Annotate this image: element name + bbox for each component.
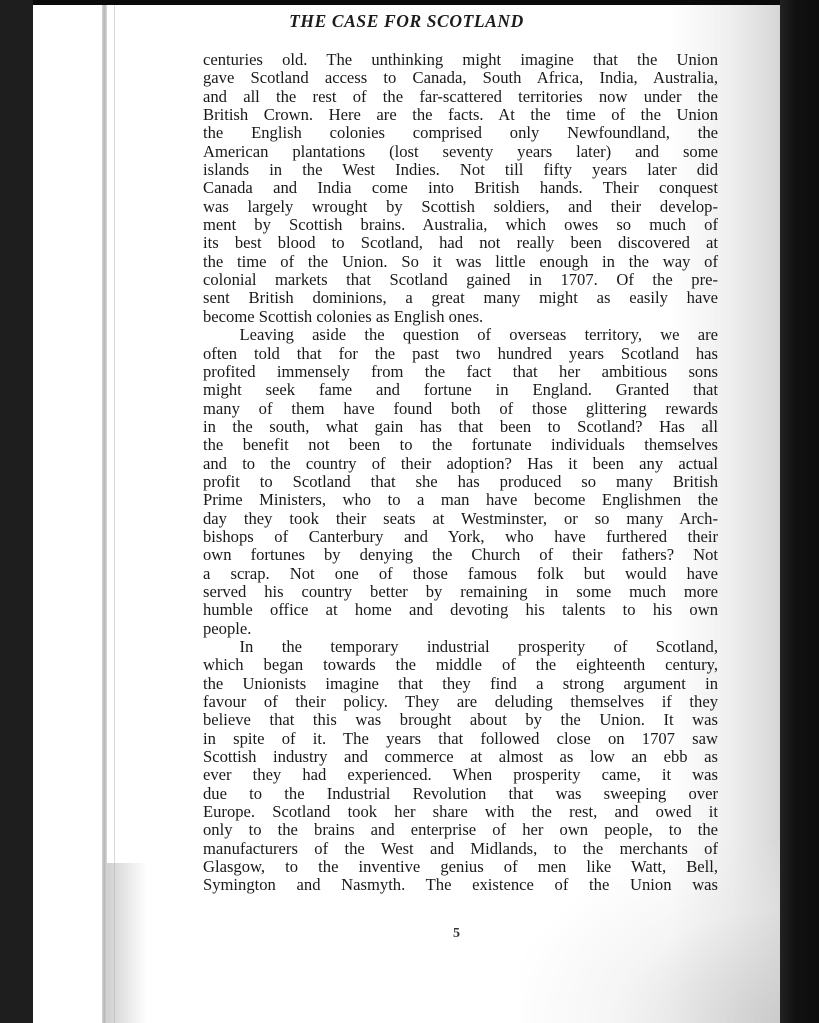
body-text: centuries old. The unthinking might imag…: [203, 51, 718, 895]
text-line: In the temporary industrial prosperity o…: [203, 638, 718, 656]
text-line: in spite of it. The years that followed …: [203, 730, 718, 748]
text-line: often told that for the past two hundred…: [203, 345, 718, 363]
text-line: which began towards the middle of the ei…: [203, 656, 718, 674]
text-line: a scrap. Not one of those famous folk bu…: [203, 565, 718, 583]
text-line: humble office at home and devoting his t…: [203, 601, 718, 619]
text-line: centuries old. The unthinking might imag…: [203, 51, 718, 69]
text-line: and all the rest of the far-scattered te…: [203, 88, 718, 106]
text-line: manufacturers of the West and Midlands, …: [203, 840, 718, 858]
text-line: profited immensely from the fact that he…: [203, 363, 718, 381]
text-line: was largely wrought by Scottish soldiers…: [203, 198, 718, 216]
text-line: own fortunes by denying the Church of th…: [203, 546, 718, 564]
text-line: gave Scotland access to Canada, South Af…: [203, 69, 718, 87]
text-line: profit to Scotland that she has produced…: [203, 473, 718, 491]
text-line: might seek fame and fortune in England. …: [203, 381, 718, 399]
text-line: only to the brains and enterprise of her…: [203, 821, 718, 839]
text-line: Prime Ministers, who to a man have becom…: [203, 491, 718, 509]
text-line: and to the country of their adoption? Ha…: [203, 455, 718, 473]
text-line: become Scottish colonies as English ones…: [203, 308, 718, 326]
text-line: Symington and Nasmyth. The existence of …: [203, 876, 718, 894]
text-line: bishops of Canterbury and York, who have…: [203, 528, 718, 546]
book-page: THE CASE FOR SCOTLAND centuries old. The…: [33, 5, 780, 1023]
text-line: Glasgow, to the inventive genius of men …: [203, 858, 718, 876]
text-line: sent British dominions, a great many mig…: [203, 289, 718, 307]
page-number: 5: [453, 926, 460, 942]
text-line: Canada and India come into British hands…: [203, 179, 718, 197]
text-line: ever they had experienced. When prosperi…: [203, 766, 718, 784]
text-line: American plantations (lost seventy years…: [203, 143, 718, 161]
text-line: due to the Industrial Revolution that wa…: [203, 785, 718, 803]
text-line: Scottish industry and commerce at almost…: [203, 748, 718, 766]
text-line: many of them have found both of those gl…: [203, 400, 718, 418]
text-line: people.: [203, 620, 718, 638]
text-line: believe that this was brought about by t…: [203, 711, 718, 729]
paragraph: In the temporary industrial prosperity o…: [203, 638, 718, 895]
running-head: THE CASE FOR SCOTLAND: [33, 11, 780, 32]
scan-right-border: [780, 0, 819, 1023]
text-line: the benefit not been to the fortunate in…: [203, 436, 718, 454]
text-line: the Unionists imagine that they find a s…: [203, 675, 718, 693]
paragraph: centuries old. The unthinking might imag…: [203, 51, 718, 326]
text-line: islands in the West Indies. Not till fif…: [203, 161, 718, 179]
text-line: the time of the Union. So it was little …: [203, 253, 718, 271]
text-line: British Crown. Here are the facts. At th…: [203, 106, 718, 124]
text-line: the English colonies comprised only Newf…: [203, 124, 718, 142]
text-line: ment by Scottish brains. Australia, whic…: [203, 216, 718, 234]
text-line: Europe. Scotland took her share with the…: [203, 803, 718, 821]
text-line: colonial markets that Scotland gained in…: [203, 271, 718, 289]
paragraph: Leaving aside the question of overseas t…: [203, 326, 718, 638]
text-line: in the south, what gain has that been to…: [203, 418, 718, 436]
text-line: its best blood to Scotland, had not real…: [203, 234, 718, 252]
text-line: day they took their seats at Westminster…: [203, 510, 718, 528]
text-line: favour of their policy. They are deludin…: [203, 693, 718, 711]
text-line: served his country better by remaining i…: [203, 583, 718, 601]
text-line: Leaving aside the question of overseas t…: [203, 326, 718, 344]
scan-left-border: [0, 0, 33, 1023]
binding-corner-shadow: [107, 863, 147, 1023]
